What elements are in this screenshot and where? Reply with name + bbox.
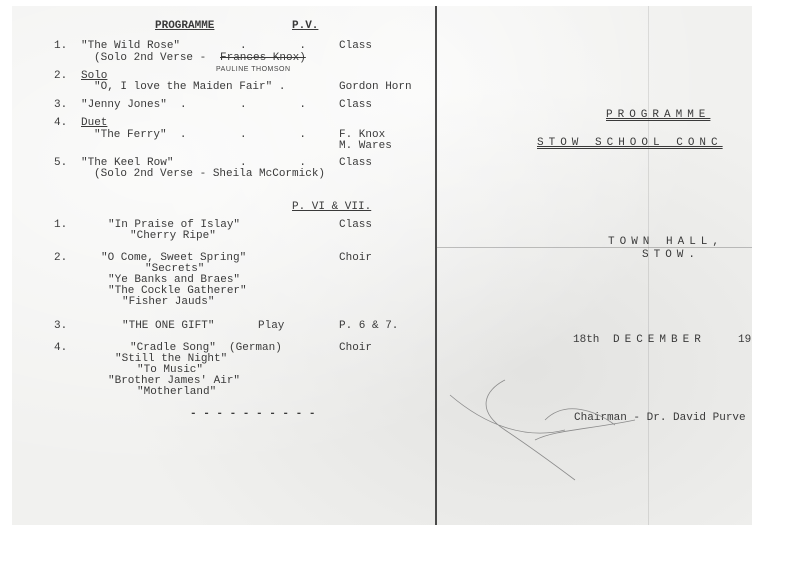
item-title: Duet [81, 117, 107, 129]
item-performer: P. 6 & 7. [339, 320, 398, 332]
item-performer-2: M. Wares [339, 140, 392, 152]
paper-crease [648, 6, 649, 525]
item-number: 1. [54, 40, 67, 52]
item-number: 4. [54, 342, 67, 354]
item-performer: Gordon Horn [339, 81, 412, 93]
item-note: (Solo 2nd Verse - [94, 52, 213, 64]
item-number: 5. [54, 157, 67, 169]
song: "Motherland" [137, 386, 216, 398]
item-kind: Play [258, 320, 284, 332]
right-heading: PROGRAMME [606, 109, 710, 121]
struck-name: Frances Knox) [220, 52, 306, 64]
item-number: 3. [54, 320, 67, 332]
item-performer: Class [339, 99, 372, 111]
left-heading: PROGRAMME [155, 20, 214, 32]
item-performer: Choir [339, 342, 372, 354]
song: "Fisher Jauds" [122, 296, 214, 308]
item-number: 2. [54, 252, 67, 264]
handwritten-correction: PAULINE THOMSON [216, 66, 291, 73]
item-number: 3. [54, 99, 67, 111]
item-performer: Choir [339, 252, 372, 264]
item-title: "The Wild Rose" [81, 40, 180, 52]
item-note: (Solo 2nd Verse - Sheila McCormick) [94, 168, 325, 180]
item-title: "Jenny Jones" . [81, 99, 187, 111]
item-performer: Class [339, 40, 372, 52]
item-number: 1. [54, 219, 67, 231]
venue-line-2: STOW. [642, 249, 700, 261]
item-subtitle: "O, I love the Maiden Fair" . [94, 81, 285, 93]
concert-title: STOW SCHOOL CONC [537, 137, 723, 149]
end-divider: - - - - - - - - - - [190, 408, 315, 420]
page-fold [435, 6, 437, 525]
song: "THE ONE GIFT" [122, 320, 214, 332]
date-year: 19 [738, 334, 751, 346]
date-month: DECEMBER [613, 334, 706, 346]
item-number: 2. [54, 70, 67, 82]
song: "Cherry Ripe" [130, 230, 216, 242]
section-label-p6-7: P. VI & VII. [292, 201, 371, 213]
section-label-pv: P.V. [292, 20, 318, 32]
item-performer: Class [339, 157, 372, 169]
item-subtitle: "The Ferry" . [94, 129, 186, 141]
pencil-scribble [445, 370, 645, 490]
item-performer: Class [339, 219, 372, 231]
item-number: 4. [54, 117, 67, 129]
venue-line-1: TOWN HALL, [608, 236, 724, 248]
date-day: 18th [573, 334, 599, 346]
